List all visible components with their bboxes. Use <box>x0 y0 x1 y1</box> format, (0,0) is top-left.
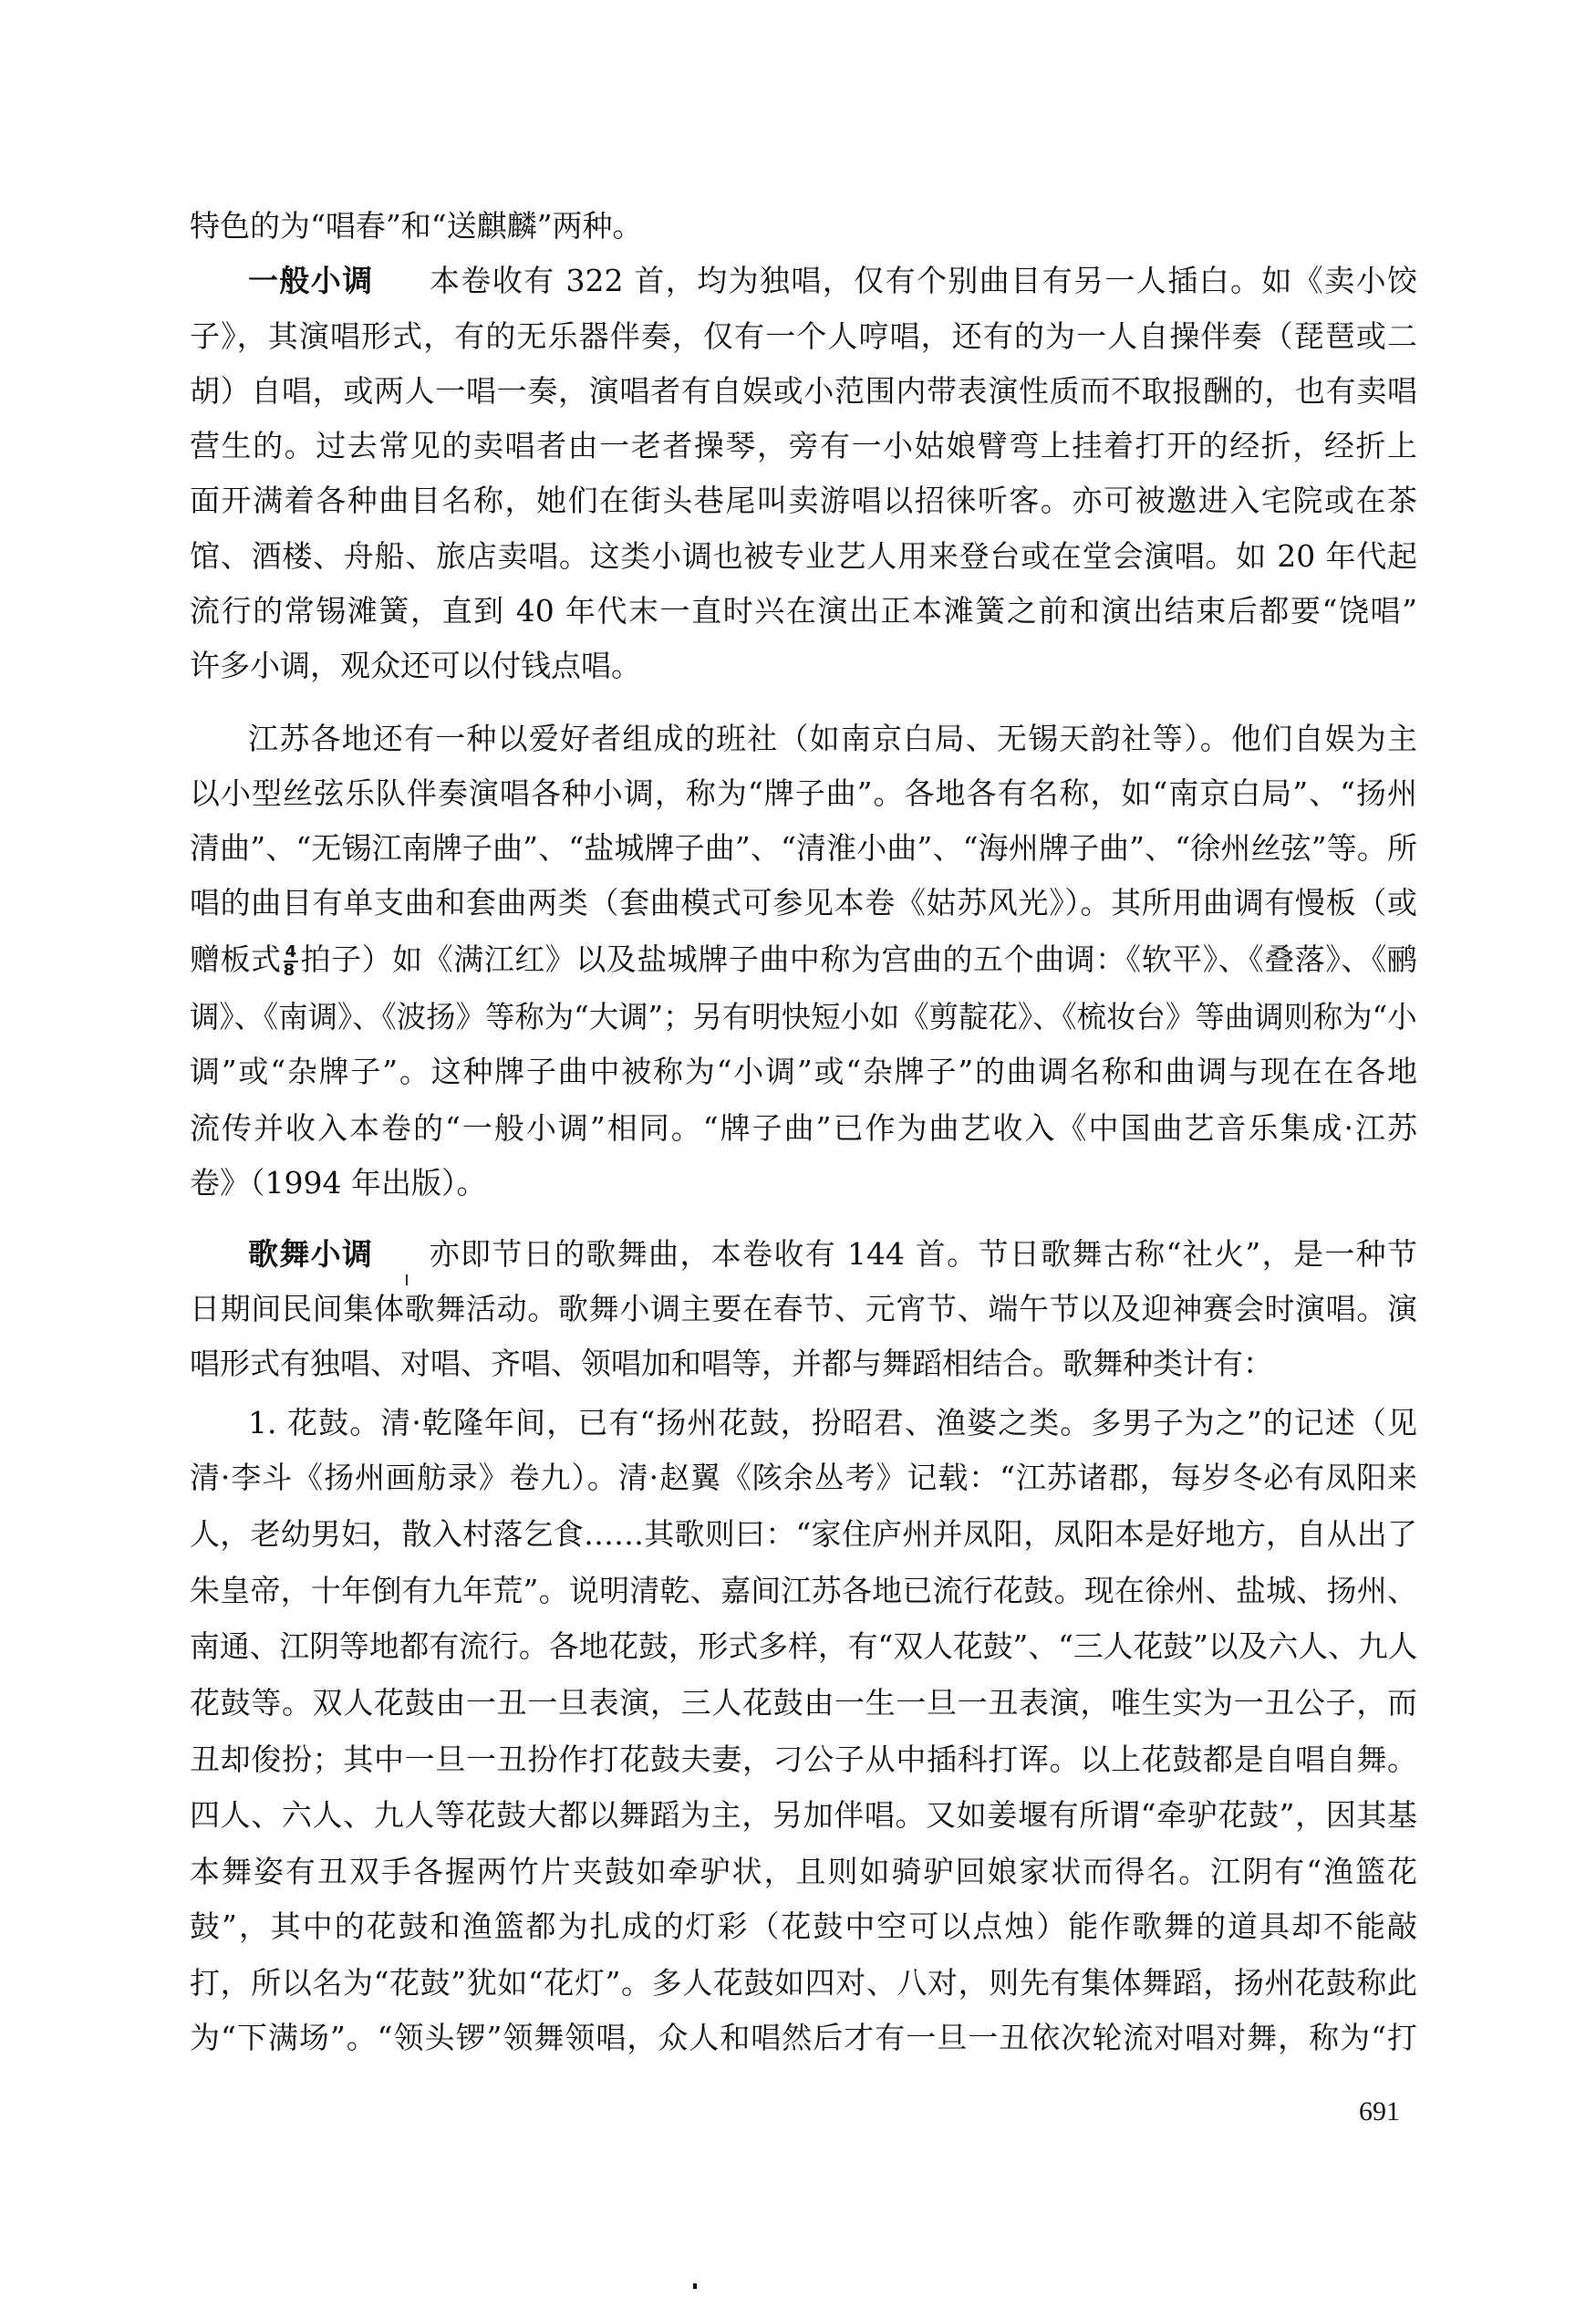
line-text: 1. 花鼓。清·乾隆年间，已有“扬州花鼓，扮昭君、渔婆之类。多男子为之”的记述（… <box>248 1405 1417 1440</box>
text-line: 卷》（1994 年出版）。 <box>190 1163 1417 1203</box>
text-line: 特色的为“唱春”和“送麒麟”两种。 <box>190 206 1417 246</box>
page-number: 691 <box>1359 2096 1400 2127</box>
line-text: 卷》（1994 年出版）。 <box>190 1165 486 1201</box>
list-item-huagu: 1. 花鼓。清·乾隆年间，已有“扬州花鼓，扮昭君、渔婆之类。多男子为之”的记述（… <box>248 1403 1417 1443</box>
text-line: 以小型丝弦乐队伴奏演唱各种小调，称为“牌子曲”。各地各有名称，如“南京白局”、“… <box>190 774 1417 814</box>
text-line: 子》，其演唱形式，有的无乐器伴奏，仅有一个人哼唱，还有的为一人自操伴奏（琵琶或二 <box>190 317 1417 357</box>
text-line: 唱的曲目有单支曲和套曲两类（套曲模式可参见本卷《姑苏风光》）。其所用曲调有慢板（… <box>190 883 1417 923</box>
fraction-numerator: 4 <box>284 944 299 962</box>
line-text: 胡）自唱，或两人一唱一奏，演唱者有自娱或小范围内带表演性质而不取报酬的，也有卖唱 <box>190 373 1417 409</box>
line-text: 拍子）如《满江红》以及盐城牌子曲中称为宫曲的五个曲调：《软平》、《叠落》、《鹂 <box>300 941 1417 977</box>
line-text: 馆、酒楼、舟船、旅店卖唱。这类小调也被专业艺人用来登台或在堂会演唱。如 20 年… <box>190 538 1417 574</box>
line-text: 丑却俊扮；其中一旦一丑扮作打花鼓夫妻，刁公子从中插科打诨。以上花鼓都是自唱自舞。 <box>190 1742 1417 1777</box>
text-line: 调》、《南调》、《波扬》等称为“大调”；另有明快短小如《剪靛花》、《梳妆台》等曲… <box>190 997 1417 1037</box>
scan-artifact <box>693 2283 697 2289</box>
text-line: 流传并收入本卷的“一般小调”相同。“牌子曲”已作为曲艺收入《中国曲艺音乐集成·江… <box>190 1108 1417 1149</box>
line-text: 朱皇帝，十年倒有九年荒”。说明清乾、嘉间江苏各地已流行花鼓。现在徐州、盐城、扬州… <box>190 1573 1417 1608</box>
line-text: 流传并收入本卷的“一般小调”相同。“牌子曲”已作为曲艺收入《中国曲艺音乐集成·江… <box>190 1110 1417 1146</box>
line-text: 人，老幼男妇，散入村落乞食……其歌则曰：“家住庐州并凤阳，凤阳本是好地方，自从出… <box>190 1516 1417 1552</box>
book-page: 特色的为“唱春”和“送麒麟”两种。 一般小调本卷收有 322 首，均为独唱，仅有… <box>0 0 1596 2298</box>
text-line: 花鼓等。双人花鼓由一丑一旦表演，三人花鼓由一生一旦一丑表演，唯生实为一丑公子，而 <box>190 1683 1417 1723</box>
text-line: 唱形式有独唱、对唱、齐唱、领唱加和唱等，并都与舞蹈相结合。歌舞种类计有： <box>190 1344 1417 1384</box>
line-text: 营生的。过去常见的卖唱者由一老者操琴，旁有一小姑娘臂弯上挂着打开的经折，经折上 <box>190 428 1417 463</box>
scan-artifact <box>406 1274 408 1285</box>
line-text: 许多小调，观众还可以付钱点唱。 <box>190 648 641 683</box>
text-line: 清·李斗《扬州画舫录》卷九）。清·赵翼《陔余丛考》记载：“江苏诸郡，每岁冬必有凤… <box>190 1458 1417 1498</box>
text-line: 调”或“杂牌子”。这种牌子曲中被称为“小调”或“杂牌子”的曲调名称和曲调与现在在… <box>190 1052 1417 1092</box>
text-line: 为“下满场”。“领头锣”领舞领唱，众人和唱然后才有一旦一丑依次轮流对唱对舞，称为… <box>190 2018 1417 2058</box>
line-text: 清曲”、“无锡江南牌子曲”、“盐城牌子曲”、“清淮小曲”、“海州牌子曲”、“徐州… <box>190 830 1417 866</box>
line-text: 唱形式有独唱、对唱、齐唱、领唱加和唱等，并都与舞蹈相结合。歌舞种类计有： <box>190 1346 1273 1381</box>
line-text: 调”或“杂牌子”。这种牌子曲中被称为“小调”或“杂牌子”的曲调名称和曲调与现在在… <box>190 1054 1417 1089</box>
text-line: 朱皇帝，十年倒有九年荒”。说明清乾、嘉间江苏各地已流行花鼓。现在徐州、盐城、扬州… <box>190 1571 1417 1611</box>
line-text: 南通、江阴等地都有流行。各地花鼓，形式多样，有“双人花鼓”、“三人花鼓”以及六人… <box>190 1627 1417 1667</box>
text-line: 人，老幼男妇，散入村落乞食……其歌则曰：“家住庐州并凤阳，凤阳本是好地方，自从出… <box>190 1514 1417 1555</box>
text-line: 本舞姿有丑双手各握两竹片夹鼓如牵驴状，且则如骑驴回娘家状而得名。江阴有“渔篮花 <box>190 1852 1417 1892</box>
text-line: 清曲”、“无锡江南牌子曲”、“盐城牌子曲”、“清淮小曲”、“海州牌子曲”、“徐州… <box>190 828 1417 868</box>
line-text: 本舞姿有丑双手各握两竹片夹鼓如牵驴状，且则如骑驴回娘家状而得名。江阴有“渔篮花 <box>190 1854 1417 1889</box>
text-line: 许多小调，观众还可以付钱点唱。 <box>190 646 1417 686</box>
text-line: 胡）自唱，或两人一唱一奏，演唱者有自娱或小范围内带表演性质而不取报酬的，也有卖唱 <box>190 371 1417 411</box>
text-line: 鼓”，其中的花鼓和渔篮都为扎成的灯彩（花鼓中空可以点烛）能作歌舞的道具却不能敲 <box>190 1907 1417 1947</box>
line-text: 面开满着各种曲目名称，她们在街头巷尾叫卖游唱以招徕听客。亦可被邀进入宅院或在茶 <box>190 483 1417 518</box>
line-text: 为“下满场”。“领头锣”领舞领唱，众人和唱然后才有一旦一丑依次轮流对唱对舞，称为… <box>190 2020 1417 2055</box>
line-text: 赠板式 <box>190 941 282 977</box>
line-text: 调》、《南调》、《波扬》等称为“大调”；另有明快短小如《剪靛花》、《梳妆台》等曲… <box>190 997 1417 1037</box>
line-text: 本卷收有 322 首，均为独唱，仅有个别曲目有另一人插白。如《卖小饺 <box>429 263 1417 298</box>
section-paragraph-general-xiaodiao: 一般小调本卷收有 322 首，均为独唱，仅有个别曲目有另一人插白。如《卖小饺 <box>248 261 1417 301</box>
fraction-denominator: 8 <box>284 962 299 979</box>
text-line: 南通、江阴等地都有流行。各地花鼓，形式多样，有“双人花鼓”、“三人花鼓”以及六人… <box>190 1627 1417 1667</box>
text-line: 江苏各地还有一种以爱好者组成的班社（如南京白局、无锡天韵社等）。他们自娱为主 <box>248 719 1417 759</box>
line-text: 日期间民间集体歌舞活动。歌舞小调主要在春节、元宵节、端午节以及迎神赛会时演唱。演 <box>190 1291 1417 1326</box>
text-line: 日期间民间集体歌舞活动。歌舞小调主要在春节、元宵节、端午节以及迎神赛会时演唱。演 <box>190 1289 1417 1329</box>
text-line: 馆、酒楼、舟船、旅店卖唱。这类小调也被专业艺人用来登台或在堂会演唱。如 20 年… <box>190 536 1417 577</box>
line-text: 唱的曲目有单支曲和套曲两类（套曲模式可参见本卷《姑苏风光》）。其所用曲调有慢板（… <box>190 885 1417 920</box>
section-heading: 一般小调 <box>248 263 374 298</box>
text-line: 打，所以名为“花鼓”犹如“花灯”。多人花鼓如四对、八对，则先有集体舞蹈，扬州花鼓… <box>190 1963 1417 2003</box>
line-text: 清·李斗《扬州画舫录》卷九）。清·赵翼《陔余丛考》记载：“江苏诸郡，每岁冬必有凤… <box>190 1460 1417 1495</box>
text-line: 流行的常锡滩簧，直到 40 年代末一直时兴在演出正本滩簧之前和演出结束后都要“饶… <box>190 591 1417 631</box>
text-line: 丑却俊扮；其中一旦一丑扮作打花鼓夫妻，刁公子从中插科打诨。以上花鼓都是自唱自舞。 <box>190 1740 1417 1780</box>
line-text: 特色的为“唱春”和“送麒麟”两种。 <box>190 208 642 244</box>
time-signature-fraction: 48 <box>284 944 299 979</box>
section-heading: 歌舞小调 <box>248 1236 373 1272</box>
line-text: 亦即节日的歌舞曲，本卷收有 144 首。节日歌舞古称“社火”，是一种节 <box>428 1236 1417 1272</box>
text-line: 四人、六人、九人等花鼓大都以舞蹈为主，另加伴唱。又如姜堰有所谓“牵驴花鼓”，因其… <box>190 1795 1417 1835</box>
line-text: 江苏各地还有一种以爱好者组成的班社（如南京白局、无锡天韵社等）。他们自娱为主 <box>248 721 1417 756</box>
line-text: 打，所以名为“花鼓”犹如“花灯”。多人花鼓如四对、八对，则先有集体舞蹈，扬州花鼓… <box>190 1965 1417 2001</box>
section-paragraph-dance-xiaodiao: 歌舞小调亦即节日的歌舞曲，本卷收有 144 首。节日歌舞古称“社火”，是一种节 <box>248 1234 1417 1274</box>
line-text: 以小型丝弦乐队伴奏演唱各种小调，称为“牌子曲”。各地各有名称，如“南京白局”、“… <box>190 775 1417 811</box>
line-text: 子》，其演唱形式，有的无乐器伴奏，仅有一个人哼唱，还有的为一人自操伴奏（琵琶或二 <box>190 318 1417 354</box>
text-line: 面开满着各种曲目名称，她们在街头巷尾叫卖游唱以招徕听客。亦可被邀进入宅院或在茶 <box>190 481 1417 521</box>
line-text: 四人、六人、九人等花鼓大都以舞蹈为主，另加伴唱。又如姜堰有所谓“牵驴花鼓”，因其… <box>190 1797 1417 1833</box>
line-text: 流行的常锡滩簧，直到 40 年代末一直时兴在演出正本滩簧之前和演出结束后都要“饶… <box>190 593 1417 629</box>
text-line-with-fraction: 赠板式48拍子）如《满江红》以及盐城牌子曲中称为宫曲的五个曲调：《软平》、《叠落… <box>190 940 1417 980</box>
text-line: 营生的。过去常见的卖唱者由一老者操琴，旁有一小姑娘臂弯上挂着打开的经折，经折上 <box>190 426 1417 466</box>
line-text: 鼓”，其中的花鼓和渔篮都为扎成的灯彩（花鼓中空可以点烛）能作歌舞的道具却不能敲 <box>190 1908 1417 1944</box>
line-text: 花鼓等。双人花鼓由一丑一旦表演，三人花鼓由一生一旦一丑表演，唯生实为一丑公子，而 <box>190 1685 1417 1721</box>
